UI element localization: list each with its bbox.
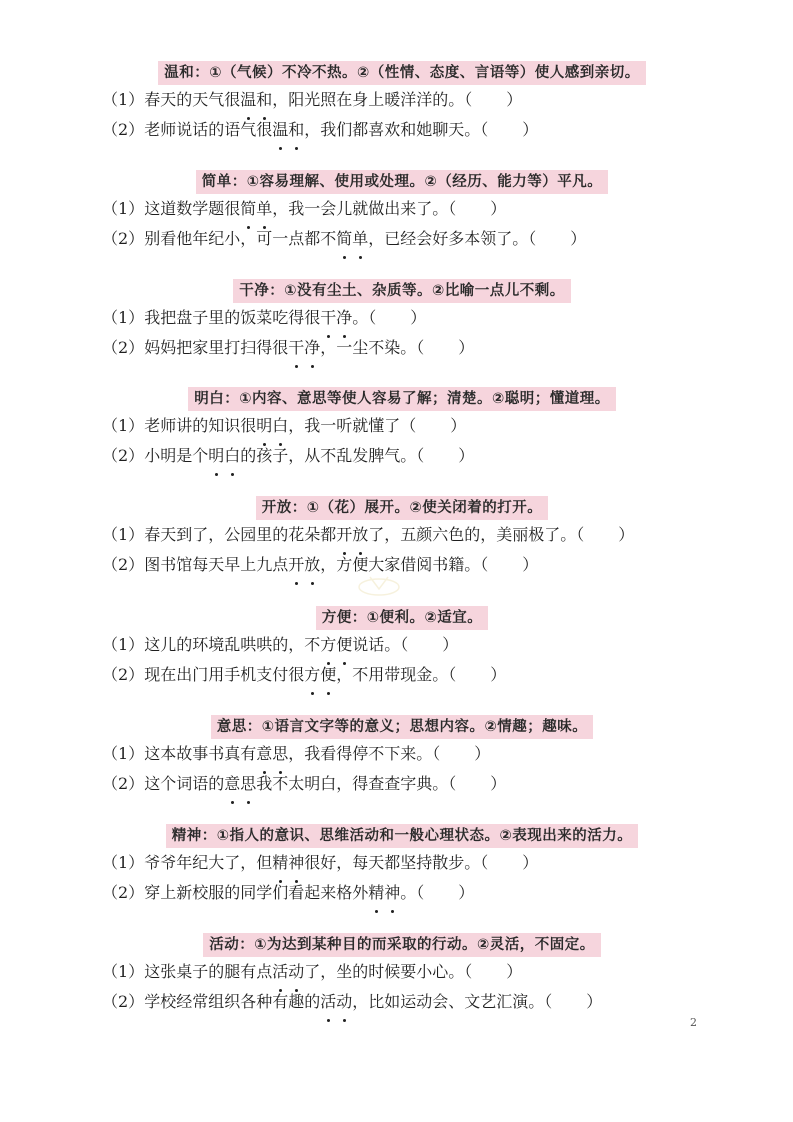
emphasis-char: 干: [288, 333, 304, 363]
example-sentence: （1）这张桌子的腿有点活动了，坐的时候要小心。（）: [102, 957, 702, 987]
close-paren: ）: [450, 416, 466, 435]
sentence-text: 爷爷年纪大了，但: [144, 853, 272, 872]
sentence-number: （1）: [102, 90, 144, 109]
close-paren: ）: [458, 446, 474, 465]
emphasized-word: 方便: [320, 635, 352, 654]
emphasized-word: 精神: [272, 853, 304, 872]
example-sentence: （1）春天到了，公园里的花朵都开放了，五颜六色的，美丽极了。（）: [102, 520, 702, 550]
sentence-text: ，不用带现金。（: [336, 665, 456, 684]
close-paren: ）: [410, 308, 426, 327]
sentence-number: （2）: [102, 774, 144, 793]
worksheet-page: 温和：①（气候）不冷不热。②（性情、态度、言语等）使人感到亲切。 （1）春天的天…: [0, 0, 793, 1122]
example-sentence: （2）学校经常组织各种有趣的活动，比如运动会、文艺汇演。（）: [102, 987, 702, 1017]
close-paren: ）: [458, 883, 474, 902]
section-jiandan: 简单：①容易理解、使用或处理。②（经历、能力等）平凡。 （1）这道数学题很简单，…: [102, 168, 702, 254]
close-paren: ）: [490, 774, 506, 793]
sentence-text: 穿上新校服的同学们看起来格外: [144, 883, 368, 902]
page-number: 2: [690, 1016, 697, 1029]
sentence-text: 春天的天气很: [144, 90, 240, 109]
sentence-text: 小明是个: [144, 446, 208, 465]
sentence-text: ，我一听就懂了（: [288, 416, 416, 435]
emphasis-char: 开: [288, 550, 304, 580]
sentence-text: ，阳光照在身上暖洋洋的。（: [272, 90, 472, 109]
sentence-text: 这本故事书真有: [144, 744, 256, 763]
emphasis-char: 思: [272, 739, 288, 769]
emphasized-word: 简单: [336, 229, 368, 248]
emphasis-char: 活: [272, 957, 288, 987]
emphasis-char: 明: [256, 411, 272, 441]
example-sentence: （2）妈妈把家里打扫得很干净，一尘不染。（）: [102, 333, 702, 363]
emphasis-char: 单: [256, 194, 272, 224]
sentence-text: 我不太明白，得查查字典。（: [256, 774, 456, 793]
emphasized-word: 干净: [320, 308, 352, 327]
emphasized-word: 温和: [272, 120, 304, 139]
sentence-text: 现在出门用手机支付很: [144, 665, 304, 684]
section-mingbai: 明白：①内容、意思等使人容易了解；清楚。②聪明；懂道理。 （1）老师讲的知识很明…: [102, 385, 702, 471]
definition-band: 精神：①指人的意识、思维活动和一般心理状态。②表现出来的活力。: [166, 824, 639, 848]
section-ganjing: 干净：①没有尘土、杂质等。②比喻一点儿不剩。 （1）我把盘子里的饭菜吃得很干净。…: [102, 277, 702, 363]
sentence-number: （2）: [102, 992, 144, 1011]
emphasis-char: 净: [336, 303, 352, 333]
sentence-text: 这张桌子的腿有点: [144, 962, 272, 981]
section-huodong: 活动：①为达到某种目的而采取的行动。②灵活，不固定。 （1）这张桌子的腿有点活动…: [102, 931, 702, 1017]
sentence-text: 。（: [400, 883, 424, 902]
definition-band: 开放：①（花）展开。②使关闭着的打开。: [256, 496, 549, 520]
emphasized-word: 干净: [288, 338, 320, 357]
sentence-text: ，一尘不染。（: [320, 338, 424, 357]
sentence-text: 这道数学题很: [144, 199, 240, 218]
emphasized-word: 温和: [240, 90, 272, 109]
example-sentence: （1）春天的天气很温和，阳光照在身上暖洋洋的。（）: [102, 85, 702, 115]
section-wenhe: 温和：①（气候）不冷不热。②（性情、态度、言语等）使人感到亲切。 （1）春天的天…: [102, 59, 702, 145]
example-sentence: （1）爷爷年纪大了，但精神很好，每天都坚持散步。（）: [102, 848, 702, 878]
emphasized-word: 精神: [368, 883, 400, 902]
emphasis-char: 开: [336, 520, 352, 550]
close-paren: ）: [522, 555, 538, 574]
sentence-text: 春天到了，公园里的花朵都: [144, 525, 336, 544]
sentence-number: （2）: [102, 555, 144, 574]
sentence-text: 老师讲的知识很: [144, 416, 256, 435]
example-sentence: （1）我把盘子里的饭菜吃得很干净。（）: [102, 303, 702, 333]
close-paren: ）: [522, 853, 538, 872]
example-sentence: （2）别看他年纪小，可一点都不简单，已经会好多本领了。（）: [102, 224, 702, 254]
sentence-text: 了，坐的时候要小心。（: [304, 962, 472, 981]
emphasis-char: 方: [304, 660, 320, 690]
sentence-number: （2）: [102, 883, 144, 902]
sentence-number: （1）: [102, 199, 144, 218]
emphasis-char: 简: [336, 224, 352, 254]
example-sentence: （1）老师讲的知识很明白，我一听就懂了（）: [102, 411, 702, 441]
emphasis-char: 放: [352, 520, 368, 550]
emphasis-char: 温: [272, 115, 288, 145]
emphasis-char: 意: [224, 769, 240, 799]
sentence-text: 了，五颜六色的，美丽极了。（: [368, 525, 584, 544]
sentence-text: 说话。（: [352, 635, 408, 654]
example-sentence: （1）这道数学题很简单，我一会儿就做出来了。（）: [102, 194, 702, 224]
sentence-number: （1）: [102, 962, 144, 981]
emphasized-word: 开放: [288, 555, 320, 574]
sentence-number: （1）: [102, 744, 144, 763]
example-sentence: （1）这本故事书真有意思，我看得停不下来。（）: [102, 739, 702, 769]
example-sentence: （2）穿上新校服的同学们看起来格外精神。（）: [102, 878, 702, 908]
close-paren: ）: [442, 635, 458, 654]
definition-band: 干净：①没有尘土、杂质等。②比喻一点儿不剩。: [233, 279, 571, 303]
section-yisi: 意思：①语言文字等的意义；思想内容。②情趣；趣味。 （1）这本故事书真有意思，我…: [102, 713, 702, 799]
close-paren: ）: [506, 962, 522, 981]
sentence-text: 图书馆每天早上九点: [144, 555, 288, 574]
sentence-text: 。（: [352, 308, 376, 327]
emphasis-char: 便: [320, 660, 336, 690]
sentence-text: 老师说话的语气很: [144, 120, 272, 139]
sentence-number: （1）: [102, 308, 144, 327]
definition-band: 温和：①（气候）不冷不热。②（性情、态度、言语等）使人感到亲切。: [158, 61, 646, 85]
sentence-number: （2）: [102, 446, 144, 465]
sentence-number: （1）: [102, 635, 144, 654]
sentence-text: 学校经常组织各种有趣的: [144, 992, 320, 1011]
emphasis-char: 动: [288, 957, 304, 987]
sentence-text: 我把盘子里的饭菜吃得很: [144, 308, 320, 327]
emphasis-char: 白: [224, 441, 240, 471]
sentence-text: 这儿的环境乱哄哄的，不: [144, 635, 320, 654]
close-paren: ）: [586, 992, 602, 1011]
emphasized-word: 方便: [304, 665, 336, 684]
definition-band: 明白：①内容、意思等使人容易了解；清楚。②聪明；懂道理。: [188, 387, 616, 411]
close-paren: ）: [522, 120, 538, 139]
emphasized-word: 意思: [256, 744, 288, 763]
sentence-text: 的孩子，从不乱发脾气。（: [240, 446, 424, 465]
emphasized-word: 活动: [272, 962, 304, 981]
sentence-number: （2）: [102, 229, 144, 248]
sentence-text: ，我们都喜欢和她聊天。（: [304, 120, 488, 139]
emphasis-char: 神: [384, 878, 400, 908]
example-sentence: （2）图书馆每天早上九点开放，方便大家借阅书籍。（）: [102, 550, 702, 580]
sentence-text: ，比如运动会、文艺汇演。（: [352, 992, 552, 1011]
emphasized-word: 意思: [224, 774, 256, 793]
section-fangbian: 方便：①便利。②适宜。 （1）这儿的环境乱哄哄的，不方便说话。（） （2）现在出…: [102, 604, 702, 690]
watermark-logo-icon: [356, 573, 402, 599]
sentence-number: （2）: [102, 338, 144, 357]
example-sentence: （2）老师说话的语气很温和，我们都喜欢和她聊天。（）: [102, 115, 702, 145]
emphasized-word: 明白: [256, 416, 288, 435]
emphasis-char: 便: [336, 630, 352, 660]
emphasized-word: 明白: [208, 446, 240, 465]
example-sentence: （2）小明是个明白的孩子，从不乱发脾气。（）: [102, 441, 702, 471]
emphasis-char: 和: [288, 115, 304, 145]
emphasized-word: 开放: [336, 525, 368, 544]
sentence-text: ，我一会儿就做出来了。（: [272, 199, 456, 218]
emphasis-char: 单: [352, 224, 368, 254]
sentence-number: （1）: [102, 416, 144, 435]
definition-band: 活动：①为达到某种目的而采取的行动。②灵活，不固定。: [203, 933, 601, 957]
sentence-text: 别看他年纪小，可一点都不: [144, 229, 336, 248]
sentence-text: ，方便大家借阅书籍。（: [320, 555, 488, 574]
emphasis-char: 温: [240, 85, 256, 115]
emphasis-char: 净: [304, 333, 320, 363]
emphasis-char: 明: [208, 441, 224, 471]
sentence-text: 妈妈把家里打扫得很: [144, 338, 288, 357]
close-paren: ）: [490, 199, 506, 218]
sentence-text: 很好，每天都坚持散步。（: [304, 853, 488, 872]
definition-band: 简单：①容易理解、使用或处理。②（经历、能力等）平凡。: [196, 170, 609, 194]
emphasis-char: 和: [256, 85, 272, 115]
emphasis-char: 神: [288, 848, 304, 878]
emphasis-char: 放: [304, 550, 320, 580]
emphasis-char: 方: [320, 630, 336, 660]
sentence-number: （1）: [102, 853, 144, 872]
sentence-text: 这个词语的: [144, 774, 224, 793]
emphasis-char: 活: [320, 987, 336, 1017]
close-paren: ）: [474, 744, 490, 763]
close-paren: ）: [506, 90, 522, 109]
emphasis-char: 思: [240, 769, 256, 799]
close-paren: ）: [570, 229, 586, 248]
emphasized-word: 简单: [240, 199, 272, 218]
emphasis-char: 白: [272, 411, 288, 441]
emphasis-char: 意: [256, 739, 272, 769]
sentence-text: ，我看得停不下来。（: [288, 744, 440, 763]
definition-band: 方便：①便利。②适宜。: [316, 606, 489, 630]
sentence-text: ，已经会好多本领了。（: [368, 229, 536, 248]
emphasis-char: 简: [240, 194, 256, 224]
emphasis-char: 精: [272, 848, 288, 878]
close-paren: ）: [458, 338, 474, 357]
emphasis-char: 干: [320, 303, 336, 333]
sentence-number: （2）: [102, 665, 144, 684]
close-paren: ）: [490, 665, 506, 684]
example-sentence: （2）这个词语的意思我不太明白，得查查字典。（）: [102, 769, 702, 799]
definition-band: 意思：①语言文字等的意义；思想内容。②情趣；趣味。: [211, 715, 594, 739]
section-jingshen: 精神：①指人的意识、思维活动和一般心理状态。②表现出来的活力。 （1）爷爷年纪大…: [102, 822, 702, 908]
emphasized-word: 活动: [320, 992, 352, 1011]
section-kaifang: 开放：①（花）展开。②使关闭着的打开。 （1）春天到了，公园里的花朵都开放了，五…: [102, 494, 702, 580]
example-sentence: （2）现在出门用手机支付很方便，不用带现金。（）: [102, 660, 702, 690]
sentence-number: （2）: [102, 120, 144, 139]
emphasis-char: 精: [368, 878, 384, 908]
close-paren: ）: [618, 525, 634, 544]
emphasis-char: 动: [336, 987, 352, 1017]
example-sentence: （1）这儿的环境乱哄哄的，不方便说话。（）: [102, 630, 702, 660]
sentence-number: （1）: [102, 525, 144, 544]
